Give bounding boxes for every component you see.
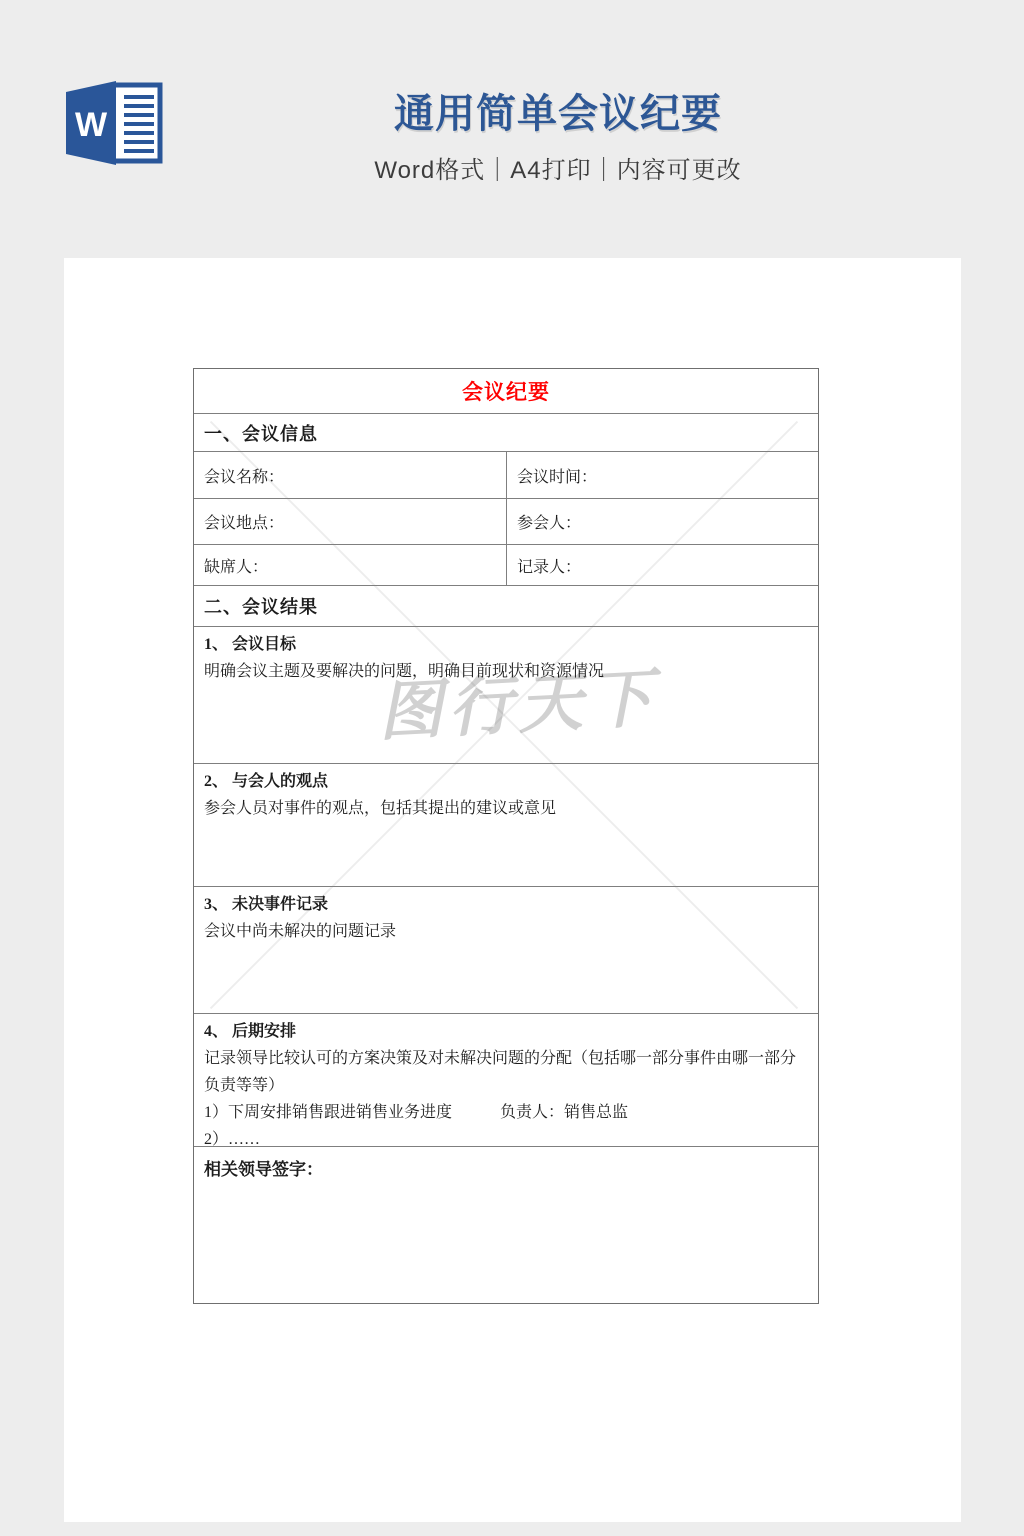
result-item-followup: 4、 后期安排 记录领导比较认可的方案决策及对未解决问题的分配（包括哪一部分事件… <box>194 1013 818 1146</box>
result-item-body: 明确会议主题及要解决的问题，明确目前现状和资源情况 <box>204 658 806 685</box>
result-item-body: 会议中尚未解决的问题记录 <box>204 918 806 945</box>
result-item-heading: 1、 会议目标 <box>204 632 806 658</box>
field-meeting-name: 会议名称： <box>194 452 507 498</box>
result-item-opinions: 2、 与会人的观点 参会人员对事件的观点，包括其提出的建议或意见 <box>194 763 818 886</box>
field-recorder: 记录人： <box>507 545 818 585</box>
field-absentees: 缺席人： <box>194 545 507 585</box>
result-item-heading: 3、 未决事件记录 <box>204 892 806 918</box>
field-attendees: 参会人： <box>507 499 818 544</box>
section-heading-results: 二、会议结果 <box>194 585 818 626</box>
result-item-unresolved: 3、 未决事件记录 会议中尚未解决的问题记录 <box>194 886 818 1013</box>
table-title-row: 会议纪要 <box>194 369 818 413</box>
field-meeting-location: 会议地点： <box>194 499 507 544</box>
result-item-body: 记录领导比较认可的方案决策及对未解决问题的分配（包括哪一部分事件由哪一部分负责等… <box>204 1045 806 1099</box>
section-heading-info: 一、会议信息 <box>194 413 818 451</box>
signature-row: 相关领导签字： <box>194 1146 818 1303</box>
signature-label: 相关领导签字： <box>204 1160 323 1179</box>
page-title: 通用简单会议纪要 <box>92 92 1024 136</box>
table-row: 缺席人： 记录人： <box>194 544 818 585</box>
result-item-heading: 4、 后期安排 <box>204 1019 806 1045</box>
followup-task-line: 1）下周安排销售跟进销售业务进度 负责人：销售总监 <box>204 1099 806 1126</box>
result-item-heading: 2、 与会人的观点 <box>204 769 806 795</box>
field-meeting-time: 会议时间： <box>507 452 818 498</box>
page-subtitle: Word格式｜A4打印｜内容可更改 <box>92 150 1024 185</box>
header: W 通用简单会议纪要 Word格式｜A4打印｜内容可更改 <box>0 0 1024 258</box>
meeting-minutes-table: 会议纪要 一、会议信息 会议名称： 会议时间： 会议地点： 参会人： 缺席人： … <box>193 368 819 1304</box>
header-titles: 通用简单会议纪要 Word格式｜A4打印｜内容可更改 <box>0 92 1024 185</box>
table-title: 会议纪要 <box>462 376 550 406</box>
canvas: W 通用简单会议纪要 Word格式｜A4打印｜内容可更改 图行天下 会议纪要 一… <box>0 0 1024 1536</box>
document-page: 图行天下 会议纪要 一、会议信息 会议名称： 会议时间： 会议地点： 参会人： … <box>64 258 961 1522</box>
table-row: 会议名称： 会议时间： <box>194 451 818 498</box>
result-item-body: 参会人员对事件的观点，包括其提出的建议或意见 <box>204 795 806 822</box>
result-item-goal: 1、 会议目标 明确会议主题及要解决的问题，明确目前现状和资源情况 <box>194 626 818 763</box>
table-row: 会议地点： 参会人： <box>194 498 818 544</box>
